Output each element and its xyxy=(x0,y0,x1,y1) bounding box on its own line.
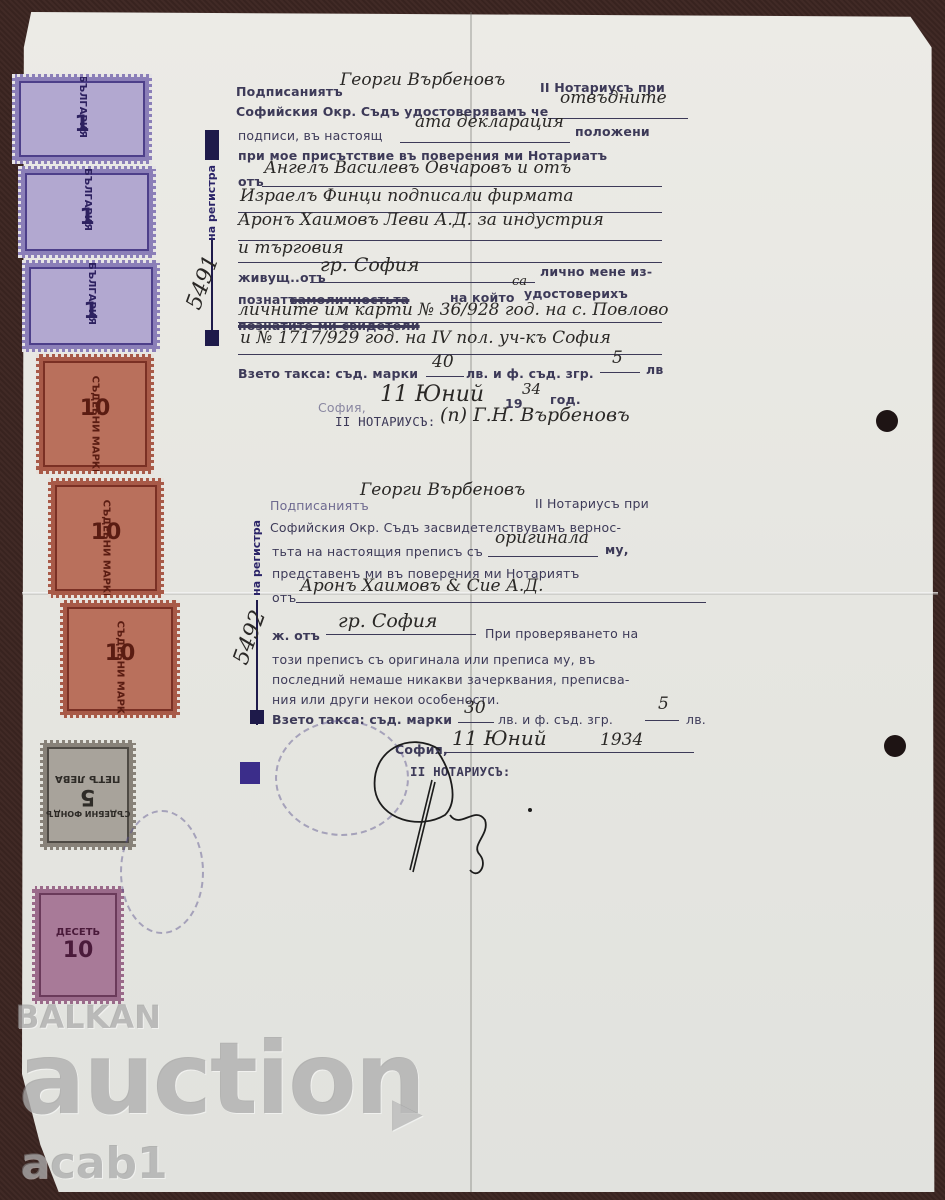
handwriting: личните им карти № 36/928 год. на с. Пов… xyxy=(238,300,669,320)
text: лв. xyxy=(686,712,706,727)
underline xyxy=(310,282,535,283)
underline xyxy=(548,118,688,119)
text: лв xyxy=(646,362,663,377)
revenue-stamp-10lv: 10СЪДЕБНИ МАРКИ xyxy=(48,478,164,598)
text: II Нотариусъ при xyxy=(535,496,649,511)
handwriting: 40 xyxy=(432,352,454,372)
handwriting: Аронъ Хаимовъ & Сие А.Д. xyxy=(300,576,544,596)
register-mark xyxy=(205,130,219,160)
text: София, xyxy=(318,400,366,415)
revenue-stamp-5lv: ПЕТЪ ЛЕВА5СЪДЕБНИ ФОНДЪ xyxy=(40,740,136,850)
underline xyxy=(645,720,679,721)
underline xyxy=(296,602,706,603)
underline xyxy=(400,142,570,143)
handwriting: Ангелъ Василевъ Овчаровъ и отъ xyxy=(264,158,571,178)
watermark-logo: auction xyxy=(18,1020,424,1137)
text: този преписъ съ оригинала или преписа му… xyxy=(272,652,596,667)
watermark-arrow-icon: ▶ xyxy=(392,1090,423,1136)
watermark-user: acab1 xyxy=(20,1138,168,1189)
underline xyxy=(600,372,640,373)
underline xyxy=(426,376,464,377)
handwriting: 1934 xyxy=(600,730,643,750)
text: положени xyxy=(575,124,650,139)
text: При проверяването на xyxy=(485,626,638,641)
revenue-stamp-10lv: 10СЪДЕБНИ МАРКИ xyxy=(60,600,180,718)
text: Подписаниятъ xyxy=(270,498,369,513)
handwriting: 5 xyxy=(658,694,669,714)
handwriting: гр. София xyxy=(320,254,420,276)
register-mark xyxy=(250,710,264,724)
register-label: на регистра xyxy=(205,165,218,241)
text: подписи, въ настоящ xyxy=(238,128,383,143)
revenue-stamp-1lv: БЪЛГАРИЯ1 xyxy=(18,166,156,258)
text: ж. отъ xyxy=(272,628,320,643)
handwriting: отвъдните xyxy=(560,88,667,108)
handwriting: и № 1717/929 год. на IV пол. уч-къ София xyxy=(240,328,611,348)
text: му, xyxy=(605,542,629,557)
underline xyxy=(238,262,662,263)
text: Взето такса: съд. марки xyxy=(238,366,418,381)
text: тьта на настоящия преписъ съ xyxy=(272,544,483,559)
handwriting: ата декларация xyxy=(415,112,564,132)
revenue-stamp-1lv: БЪЛГАРИЯ1 xyxy=(22,260,160,352)
text: лв. и ф. съд. згр. xyxy=(466,366,594,381)
punch-hole xyxy=(884,735,906,757)
handwriting: 34 xyxy=(522,380,541,398)
text: отъ xyxy=(272,590,296,605)
revenue-stamp-1lv: БЪЛГАРИЯ1 xyxy=(12,74,152,164)
text: II НОТАРИУСЪ: xyxy=(335,414,435,429)
handwriting: Георги Върбеновъ xyxy=(340,70,505,90)
register-mark xyxy=(205,330,219,346)
handwriting: оригинала xyxy=(495,528,589,548)
handwriting: (п) Г.Н. Върбеновъ xyxy=(440,404,630,426)
text: Подписаниятъ xyxy=(236,84,343,99)
underline xyxy=(326,634,476,635)
handwriting: Аронъ Хаимовъ Леви А.Д. за индустрия xyxy=(238,210,604,230)
handwriting: гр. София xyxy=(338,610,438,632)
revenue-stamp-10lv: 10СЪДЕБНИ МАРКИ xyxy=(36,354,154,474)
handwriting: Георги Върбеновъ xyxy=(360,480,525,500)
handwriting: Израелъ Финци подписали фирмата xyxy=(240,186,574,206)
text: лично мене из- xyxy=(540,264,652,279)
handwriting: 30 xyxy=(464,698,486,718)
text: удостоверихъ xyxy=(524,286,628,301)
ink-blot xyxy=(240,762,260,784)
punch-hole xyxy=(876,410,898,432)
text: последний немаше никакви зачерквания, пр… xyxy=(272,672,630,687)
register-label: на регистра xyxy=(250,520,263,596)
revenue-stamp-10lv-purple: ДЕСЕТЬ10 xyxy=(32,886,124,1004)
handwriting: 5 xyxy=(612,348,623,368)
underline xyxy=(488,556,598,557)
cancellation-postmark xyxy=(120,810,204,934)
notary-signature xyxy=(350,720,550,880)
